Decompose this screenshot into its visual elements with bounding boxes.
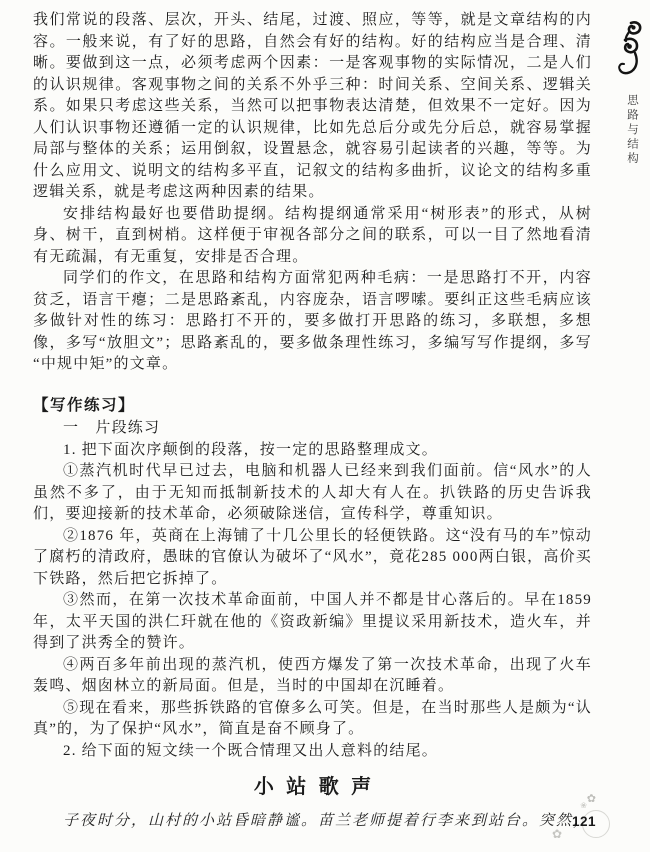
calligraphic-flourish-icon <box>611 20 643 78</box>
page-number: 121 <box>572 814 596 829</box>
flower-icon: ✿ <box>552 828 562 840</box>
textbook-page: 我们常说的段落、层次，开头、结尾，过渡、照应，等等，就是文章结构的内容。一般来说… <box>0 0 650 852</box>
section-heading-writing-exercise: 【写作练习】 <box>33 395 592 417</box>
fragment-paragraph-1: ①蒸汽机时代早已过去，电脑和机器人已经来到我们面前。信“风水”的人虽然不多了，由… <box>33 461 592 526</box>
paragraph-structure-content: 我们常说的段落、层次，开头、结尾，过渡、照应，等等，就是文章结构的内容。一般来说… <box>33 10 592 204</box>
fragment-paragraph-5: ⑤现在看来，那些拆铁路的官僚多么可笑。但是，在当时那些人是颇为“认真”的，为了保… <box>33 698 592 741</box>
paragraph-outline: 安排结构最好也要借助提纲。结构提纲通常采用“树形表”的形式，从树身、树干，直到树… <box>33 204 592 269</box>
fragment-paragraph-3: ③然而，在第一次技术革命面前，中国人并不都是甘心落后的。早在1859 年，太平天… <box>33 590 592 655</box>
fragment-paragraph-4: ④两百多年前出现的蒸汽机，使西方爆发了第一次技术革命，出现了火车轰鸣、烟囱林立的… <box>33 655 592 698</box>
story-opening-line: 子夜时分，山村的小站昏暗静谧。苗兰老师提着行李来到站台。突然， <box>33 811 592 833</box>
story-title: 小站歌声 <box>33 777 592 799</box>
margin-chapter-label: 思路与结构 <box>624 94 640 167</box>
exercise-item-1: 1. 把下面次序颠倒的段落，按一定的思路整理成文。 <box>33 440 592 462</box>
exercise-item-2: 2. 给下面的短文续一个既合情理又出人意料的结尾。 <box>33 741 592 763</box>
page-footer-ornament: ✿ ❀ ✿ 121 <box>552 794 612 840</box>
paragraph-common-problems: 同学们的作文，在思路和结构方面常犯两种毛病：一是思路打不开，内容贫乏，语言干瘪；… <box>33 268 592 376</box>
exercise-subheading-fragment-practice: 一 片段练习 <box>33 418 592 440</box>
flower-icon: ❀ <box>580 802 587 810</box>
flower-icon: ✿ <box>587 794 596 805</box>
main-text-column: 我们常说的段落、层次，开头、结尾，过渡、照应，等等，就是文章结构的内容。一般来说… <box>33 10 592 832</box>
fragment-paragraph-2: ②1876 年，英商在上海铺了十几公里长的轻便铁路。这“没有马的车”惊动了腐朽的… <box>33 526 592 591</box>
